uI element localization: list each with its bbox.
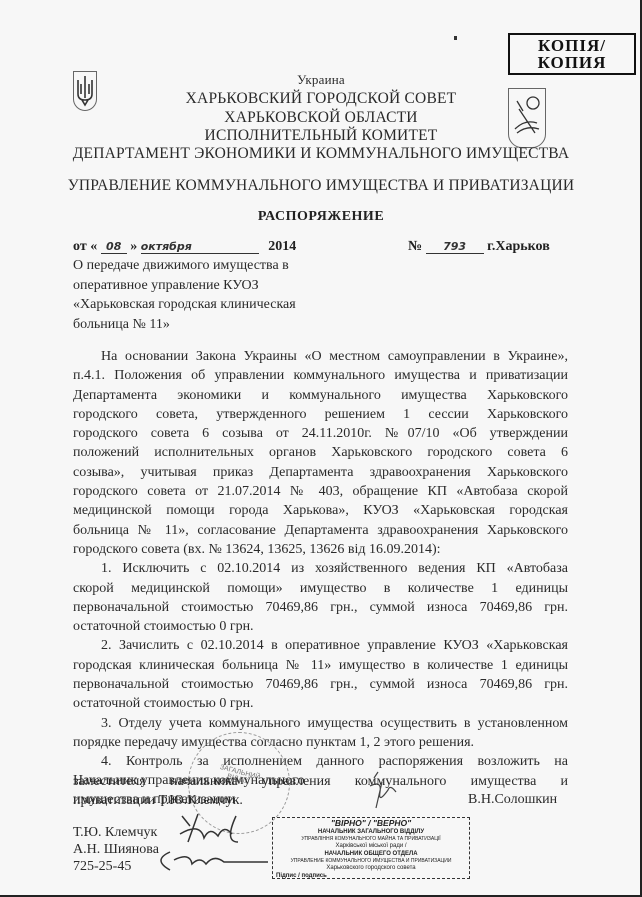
signatory-title-line1: Начальник управления коммунального xyxy=(73,771,305,790)
verno-sign: Підпис / подпись xyxy=(276,872,466,880)
subject-line: «Харьковская городская клиническая xyxy=(73,295,333,315)
item-3-line: порядке передачу имущества согласно пунк… xyxy=(73,733,568,752)
preamble-line: городского совета от 21.07.2014 № 403, о… xyxy=(73,482,568,501)
handwritten-signature-icon xyxy=(360,770,410,810)
number-value: 793 xyxy=(426,240,484,254)
subject-line: О передаче движимого имущества в xyxy=(73,256,333,276)
item-2-line: первоначальной стоимостью 70469,86 грн.,… xyxy=(73,675,568,694)
verno-line4: НАЧАЛЬНИК ОБЩЕГО ОТДЕЛА xyxy=(276,850,466,858)
date-mid: » xyxy=(130,239,137,254)
item-1-line: 1. Исключить с 02.10.2014 из хозяйственн… xyxy=(73,559,568,578)
header-country: Украина xyxy=(0,72,642,88)
item-4-line: 4. Контроль за исполнением данного распо… xyxy=(73,752,568,771)
signatory-name: В.Н.Солошкин xyxy=(468,790,557,809)
date-year: 2014 xyxy=(268,239,296,254)
copy-stamp-line1: КОПІЯ/ xyxy=(514,37,630,54)
preamble-line: городского совета (вх. № 13624, 13625, 1… xyxy=(73,540,568,559)
item-2-line: остаточной стоимостью 0 грн. xyxy=(73,694,568,713)
preamble-line: созыва», учитывая приказ Департамента зд… xyxy=(73,463,568,482)
subject-line: больница № 11» xyxy=(73,315,333,335)
document-page: КОПІЯ/ КОПИЯ Украина ХАРЬКОВСКИЙ ГОРОДСК… xyxy=(0,0,642,897)
item-2-line: городская клиническая больница № 11» иму… xyxy=(73,656,568,675)
copy-stamp-line2: КОПИЯ xyxy=(514,54,630,71)
date-prefix: от « xyxy=(73,239,97,254)
preamble-line: городского совета 6 созыва от 24.11.2010… xyxy=(73,424,568,443)
preamble-line: п.4.1. Положения об управлении коммуналь… xyxy=(73,366,568,385)
preamble: На основании Закона Украины «О местном с… xyxy=(73,347,568,810)
subject-line: оперативное управление КУОЗ xyxy=(73,276,333,296)
certified-copy-stamp: "ВІРНО" / "ВЕРНО" НАЧАЛЬНИК ЗАГАЛЬНОГО В… xyxy=(272,817,470,879)
number-prefix: № xyxy=(408,239,422,254)
verno-line1: НАЧАЛЬНИК ЗАГАЛЬНОГО ВІДДІЛУ xyxy=(276,828,466,836)
date-month: октября xyxy=(141,240,259,254)
preamble-line: На основании Закона Украины «О местном с… xyxy=(73,347,568,366)
signatory-title: Начальник управления коммунального имуще… xyxy=(73,771,305,810)
date-day: 08 xyxy=(101,240,127,254)
copy-stamp: КОПІЯ/ КОПИЯ xyxy=(508,33,636,75)
item-2-line: 2. Зачислить с 02.10.2014 в оперативное … xyxy=(73,636,568,655)
scan-speck xyxy=(454,36,457,40)
preamble-line: Департамента экономики и коммунального и… xyxy=(73,386,568,405)
preamble-line: больница № 11», согласование Департамент… xyxy=(73,521,568,540)
date-line: от « 08 » октября 2014 xyxy=(73,239,296,255)
header-department: ДЕПАРТАМЕНТ ЭКОНОМИКИ И КОММУНАЛЬНОГО ИМ… xyxy=(0,145,642,163)
handwritten-initials-icon xyxy=(140,812,280,874)
header-directorate: УПРАВЛЕНИЕ КОММУНАЛЬНОГО ИМУЩЕСТВА И ПРИ… xyxy=(0,177,642,195)
item-1-line: скорой медицинской помощи» имущество в к… xyxy=(73,579,568,598)
verno-line3: Харківської міської ради / xyxy=(276,842,466,850)
preamble-line: городского совета, утвержденного решение… xyxy=(73,405,568,424)
subject: О передаче движимого имущества в операти… xyxy=(73,256,333,334)
item-1-line: остаточной стоимостью 0 грн. xyxy=(73,617,568,636)
preamble-line: положений исполнительных органов Харьков… xyxy=(73,443,568,462)
verno-line6: Харьковского городского совета xyxy=(276,864,466,872)
document-title: РАСПОРЯЖЕНИЕ xyxy=(0,209,642,225)
verno-title: "ВІРНО" / "ВЕРНО" xyxy=(276,819,466,828)
item-1-line: первоначальной стоимостью 70469,86 грн.,… xyxy=(73,598,568,617)
header-oblast: ХАРЬКОВСКОЙ ОБЛАСТИ xyxy=(0,109,642,127)
preamble-line: медицинской помощи города Харькова», КУО… xyxy=(73,501,568,520)
city: г.Харьков xyxy=(487,239,550,254)
number-line: № 793 г.Харьков xyxy=(408,239,550,255)
item-3-line: 3. Отделу учета коммунального имущества … xyxy=(73,714,568,733)
header-exec-committee: ИСПОЛНИТЕЛЬНЫЙ КОМИТЕТ xyxy=(0,127,642,145)
signatory-title-line2: имущества и приватизации xyxy=(73,790,305,809)
header-city-council: ХАРЬКОВСКИЙ ГОРОДСКОЙ СОВЕТ xyxy=(0,90,642,108)
